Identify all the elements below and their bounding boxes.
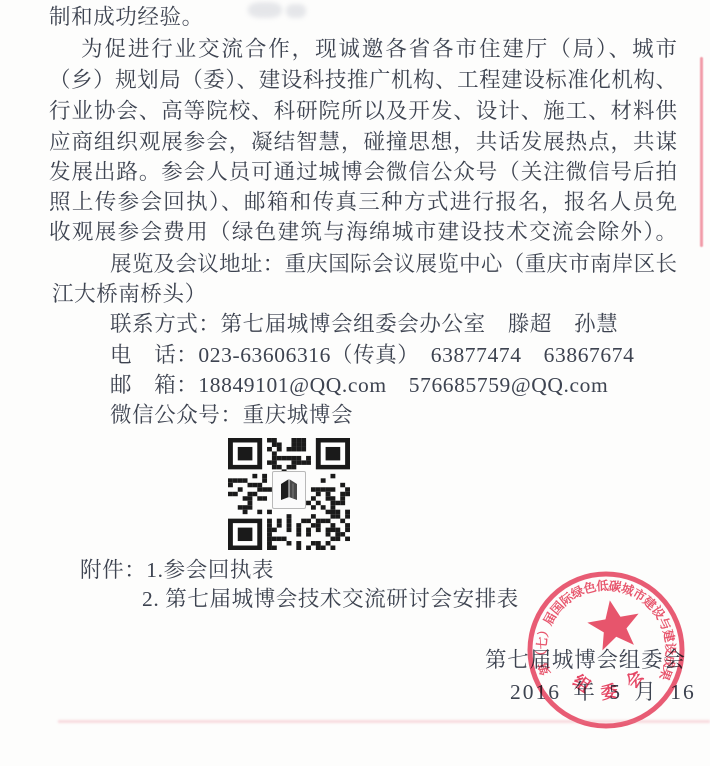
body-line-3: （乡）规划局（委）、建设科技推广机构、工程建设标准化机构、 [49,68,677,93]
contact-email-line: 邮 箱：18849101@QQ.com 576685759@QQ.com [110,373,608,398]
scan-red-edge-line [700,57,703,247]
body-line-6: 发展出路。参会人员可通过城博会微信公众号（关注微信号后拍 [49,160,677,185]
body-line-7: 照上传参会回执）、邮箱和传真三种方式进行报名，报名人员免 [49,190,677,215]
contact-person-line: 联系方式：第七届城博会组委会办公室 滕超 孙慧 [110,312,618,337]
address-line-2: 江大桥南桥头） [52,282,207,307]
address-line-1: 展览及会议地址：重庆国际会议展览中心（重庆市南岸区长 [110,252,677,277]
qr-center-logo [272,471,306,509]
scanned-document-page: 制和成功经验。 为促进行业交流合作，现诚邀各省各市住建厅（局）、城市 （乡）规划… [0,0,710,766]
seal-star-icon [584,596,644,652]
contact-phone-line: 电 话：023-63606316（传真） 63877474 63867674 [110,343,634,368]
ink-bleed-ghost [286,4,306,18]
body-line-1: 制和成功经验。 [49,5,204,30]
body-line-8: 收观展参会费用（绿色建筑与海绵城市建设技术交流会除外）。 [49,220,677,245]
signature-date: 2016 年 5 月 16 日 [510,680,710,705]
scan-pink-streak [58,720,710,723]
body-line-4: 行业协会、高等院校、科研院所以及开发、设计、施工、材料供 [49,99,677,124]
open-book-icon [277,476,301,504]
ink-bleed-ghost [248,2,282,18]
body-line-2: 为促进行业交流合作，现诚邀各省各市住建厅（局）、城市 [81,37,677,62]
wechat-qr-code [228,438,350,550]
contact-wechat-line: 微信公众号：重庆城博会 [110,403,353,428]
signature-organization: 第七届城博会组委会 [485,648,686,673]
attachment-line-2: 2. 第七届城博会技术交流研讨会安排表 [142,587,519,612]
body-line-5: 应商组织观展参会，凝结智慧，碰撞思想，共话发展热点，共谋 [49,130,677,155]
attachment-line-1: 附件：1.参会回执表 [80,558,274,583]
